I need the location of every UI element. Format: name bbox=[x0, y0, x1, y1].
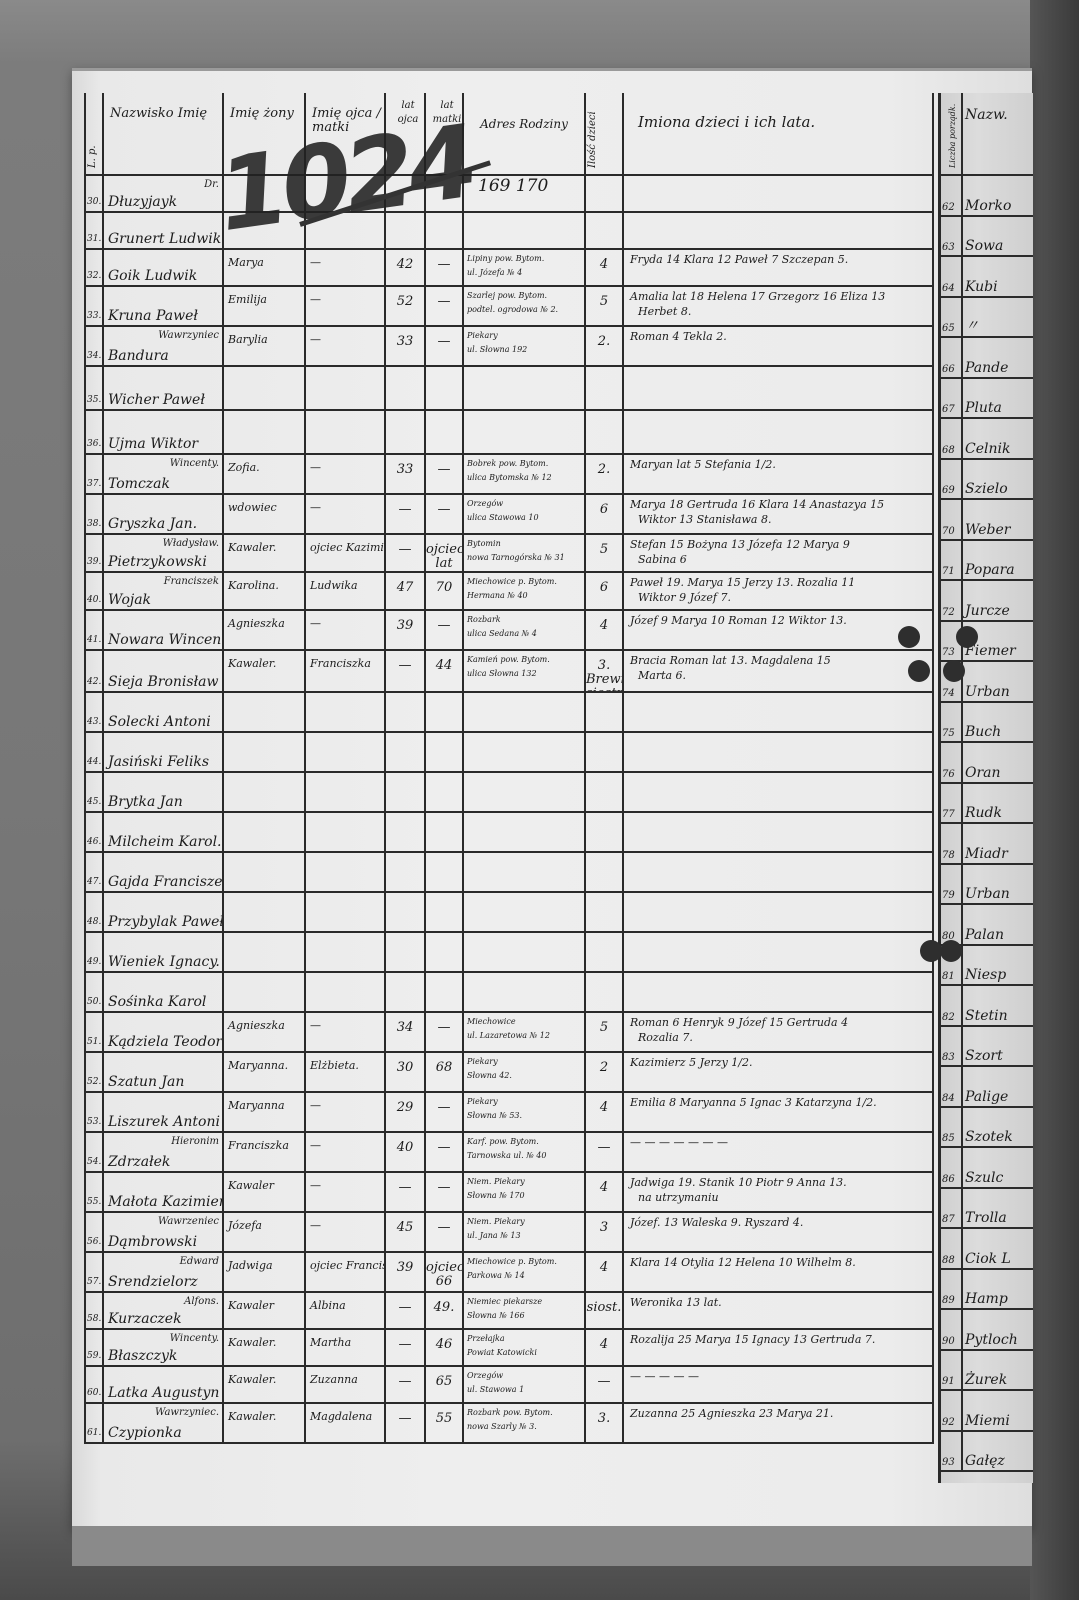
age-cell: 52 bbox=[386, 287, 426, 325]
wife-name: Franciszka bbox=[228, 1139, 302, 1153]
mother-age-cell: ojciec 66 bbox=[426, 1253, 464, 1291]
row-number: 44. bbox=[87, 755, 101, 769]
mother-age-cell: — bbox=[426, 1133, 464, 1171]
punch-hole bbox=[898, 626, 920, 648]
father-name: — bbox=[310, 617, 382, 631]
mother-age-cell: — bbox=[426, 611, 464, 649]
adjacent-surname-cell: Pytloch bbox=[963, 1310, 1033, 1349]
adjacent-row-number: 87 bbox=[942, 1214, 955, 1225]
children-count: 4 bbox=[586, 1338, 622, 1352]
wife-cell: Kawaler. bbox=[224, 1330, 306, 1365]
table-row: 31.Grunert Ludwik bbox=[84, 213, 934, 250]
address-line-2: ul. Stawowa 1 bbox=[467, 1383, 524, 1397]
row-number-cell: 39. bbox=[84, 535, 104, 571]
adjacent-surname: Weber bbox=[965, 522, 1010, 538]
table-row: 42.Sieja BronisławKawaler.Franciszka—44K… bbox=[84, 651, 934, 693]
wife-name: Barylia bbox=[228, 333, 302, 347]
children-count: 3 bbox=[586, 1221, 622, 1235]
adjacent-surname: Rudk bbox=[965, 805, 1002, 821]
adjacent-surname-cell: Miemi bbox=[963, 1391, 1033, 1430]
children-count-cell: 4 bbox=[586, 611, 624, 649]
row-number-cell: 36. bbox=[84, 411, 104, 453]
adjacent-surname-cell: Urban bbox=[963, 662, 1033, 701]
adjacent-surname: Morko bbox=[965, 198, 1011, 214]
given-name: Hieronim bbox=[171, 1135, 219, 1149]
surname: Bandura bbox=[108, 349, 169, 363]
adjacent-row-number: 84 bbox=[942, 1093, 955, 1104]
adjacent-header-number-label: Liczba porządk. bbox=[948, 104, 957, 168]
adjacent-surname: 〃 bbox=[965, 315, 979, 335]
address-cell: Bobrek pow. Bytom.ulica Bytomska № 12 bbox=[464, 455, 586, 493]
father-cell: — bbox=[306, 1133, 386, 1171]
row-number: 46. bbox=[87, 835, 101, 849]
header-wife-label: Imię żony bbox=[230, 107, 294, 121]
father-cell: Franciszka bbox=[306, 651, 386, 691]
name-cell: Gryszka Jan. bbox=[104, 495, 224, 533]
row-number-cell: 50. bbox=[84, 973, 104, 1011]
mother-age-value: — bbox=[426, 503, 462, 517]
given-name: Wincenty. bbox=[170, 457, 219, 471]
adjacent-row: 79Urban bbox=[941, 865, 1033, 906]
table-row: 43.Solecki Antoni bbox=[84, 693, 934, 733]
address-line-2: Tarnowska ul. № 40 bbox=[467, 1149, 546, 1163]
adjacent-row: 88Ciok L bbox=[941, 1229, 1033, 1270]
wife-cell: Zofia. bbox=[224, 455, 306, 493]
row-number-cell: 42. bbox=[84, 651, 104, 691]
children-cell: Bracia Roman lat 13. Magdalena 15Marta 6… bbox=[624, 651, 934, 691]
address-line-1: Miechowice p. Bytom. bbox=[467, 575, 557, 589]
address-line-2: nowa Szarly № 3. bbox=[467, 1420, 537, 1434]
row-number: 51. bbox=[87, 1035, 101, 1049]
father-cell: — bbox=[306, 611, 386, 649]
age-cell: 34 bbox=[386, 1013, 426, 1051]
father-name: — bbox=[310, 501, 382, 515]
address-line-1: Szarlej pow. Bytom. bbox=[467, 289, 547, 303]
children-cell: Paweł 19. Marya 15 Jerzy 13. Rozalia 11W… bbox=[624, 573, 934, 609]
given-name: Wincenty. bbox=[170, 1332, 219, 1346]
children-cell bbox=[624, 973, 934, 1011]
table-row: 35.Wicher Paweł bbox=[84, 367, 934, 411]
surname: Błaszczyk bbox=[108, 1349, 177, 1363]
adjacent-surname-cell: Pande bbox=[963, 338, 1033, 377]
address-line-1: Orzegów bbox=[467, 497, 503, 511]
adjacent-row-number: 62 bbox=[942, 202, 955, 213]
age-cell: 40 bbox=[386, 1133, 426, 1171]
father-cell bbox=[306, 411, 386, 453]
wife-cell bbox=[224, 893, 306, 931]
name-cell: Władysław.Pietrzykowski bbox=[104, 535, 224, 571]
surname: Sośinka Karol bbox=[108, 995, 206, 1009]
age-cell: — bbox=[386, 1173, 426, 1211]
wife-name: Agnieszka bbox=[228, 617, 302, 631]
father-cell bbox=[306, 367, 386, 409]
address-line-2: nowa Tarnogórska № 31 bbox=[467, 551, 565, 565]
age-cell: 42 bbox=[386, 250, 426, 285]
adjacent-row-number-cell: 88 bbox=[941, 1229, 963, 1268]
row-number: 34. bbox=[87, 349, 101, 363]
adjacent-surname-cell: Palan bbox=[963, 905, 1033, 944]
adjacent-row: 93Gałęz bbox=[941, 1432, 1033, 1473]
children-count-cell: — bbox=[586, 1367, 624, 1402]
father-cell bbox=[306, 933, 386, 971]
name-cell: Gajda Franciszek bbox=[104, 853, 224, 891]
table-header: L. p. Nazwisko Imię Imię żony Imię ojca … bbox=[84, 93, 934, 176]
children-line-1: Weronika 13 lat. bbox=[630, 1296, 722, 1310]
adjacent-row-number: 76 bbox=[942, 769, 955, 780]
children-line-2: Wiktor 13 Stanisława 8. bbox=[638, 513, 771, 527]
adjacent-surname: Urban bbox=[965, 886, 1010, 902]
surname: Dąmbrowski bbox=[108, 1235, 197, 1249]
surname: Wieniek Ignacy. bbox=[108, 955, 220, 969]
given-name: Wawrzyniec. bbox=[155, 1406, 219, 1420]
address-cell: Rozbark pow. Bytom.nowa Szarly № 3. bbox=[464, 1404, 586, 1442]
table-row: 47.Gajda Franciszek bbox=[84, 853, 934, 893]
punch-hole bbox=[920, 940, 942, 962]
adjacent-surname: Popara bbox=[965, 562, 1015, 578]
adjacent-surname-cell: Niesp bbox=[963, 946, 1033, 985]
surname: Milcheim Karol. bbox=[108, 835, 222, 849]
children-count-cell: 4 bbox=[586, 1093, 624, 1131]
adjacent-surname-cell: Palige bbox=[963, 1067, 1033, 1106]
children-cell bbox=[624, 853, 934, 891]
mother-age-value: — bbox=[426, 619, 462, 633]
children-cell bbox=[624, 813, 934, 851]
adjacent-row: 77Rudk bbox=[941, 784, 1033, 825]
age-cell: 39 bbox=[386, 611, 426, 649]
adjacent-row-number-cell: 89 bbox=[941, 1270, 963, 1309]
adjacent-row: 92Miemi bbox=[941, 1391, 1033, 1432]
address-line-2: podtel. ogrodowa № 2. bbox=[467, 303, 558, 317]
adjacent-row: 85Szotek bbox=[941, 1108, 1033, 1149]
adjacent-row-number-cell: 85 bbox=[941, 1108, 963, 1147]
table-row: 58.Alfons.KurzaczekKawalerAlbina—49.Niem… bbox=[84, 1293, 934, 1330]
father-cell bbox=[306, 693, 386, 731]
children-count: 3. Brewie siostry bbox=[586, 659, 622, 691]
row-number-cell: 61. bbox=[84, 1404, 104, 1442]
adjacent-surname-cell: Sowa bbox=[963, 217, 1033, 256]
row-number: 55. bbox=[87, 1195, 101, 1209]
wife-name: Józefa bbox=[228, 1219, 302, 1233]
address-cell bbox=[464, 411, 586, 453]
adjacent-surname-cell: Szotek bbox=[963, 1108, 1033, 1147]
wife-cell: Kawaler. bbox=[224, 535, 306, 571]
mother-age-value: 46 bbox=[426, 1338, 462, 1352]
father-cell: Zuzanna bbox=[306, 1367, 386, 1402]
wife-cell bbox=[224, 733, 306, 771]
address-line-2: ulica Słowna 132 bbox=[467, 667, 537, 681]
address-line-1: Karf. pow. Bytom. bbox=[467, 1135, 539, 1149]
surname: Wojak bbox=[108, 593, 151, 607]
children-count: 5 bbox=[586, 295, 622, 309]
adjacent-surname-cell: Urban bbox=[963, 865, 1033, 904]
address-line-2: ul. Lazaretowa № 12 bbox=[467, 1029, 550, 1043]
wife-name: Jadwiga bbox=[228, 1259, 302, 1273]
table-row: 59.Wincenty.BłaszczykKawaler.Martha—46Pr… bbox=[84, 1330, 934, 1367]
address-line-2: Parkowa № 14 bbox=[467, 1269, 525, 1283]
mother-age-value: — bbox=[426, 295, 462, 309]
punch-hole bbox=[956, 626, 978, 648]
father-cell: — bbox=[306, 287, 386, 325]
table-row: 32.Goik LudwikMarya—42—Lipiny pow. Bytom… bbox=[84, 250, 934, 287]
adjacent-row: 80Palan bbox=[941, 905, 1033, 946]
mother-age-cell bbox=[426, 773, 464, 811]
children-count-cell: 4 bbox=[586, 1173, 624, 1211]
wife-name: wdowiec bbox=[228, 501, 302, 515]
children-count: 4 bbox=[586, 619, 622, 633]
children-count-cell bbox=[586, 973, 624, 1011]
register-table: L. p. Nazwisko Imię Imię żony Imię ojca … bbox=[84, 93, 934, 1444]
address-cell: Niem. PiekarySłowna № 170 bbox=[464, 1173, 586, 1211]
wife-name: Kawaler. bbox=[228, 1373, 302, 1387]
table-body: 30.Dr.Dłuzyjayk31.Grunert Ludwik32.Goik … bbox=[84, 176, 934, 1444]
adjacent-row-number: 81 bbox=[942, 971, 955, 982]
adjacent-surname-cell: Buch bbox=[963, 703, 1033, 742]
children-cell: Kazimierz 5 Jerzy 1/2. bbox=[624, 1053, 934, 1091]
adjacent-row: 70Weber bbox=[941, 500, 1033, 541]
adjacent-page: Liczba porządk. Nazw. 62Morko63Sowa64Kub… bbox=[938, 93, 1033, 1483]
adjacent-surname-cell: Weber bbox=[963, 500, 1033, 539]
children-count-cell: — bbox=[586, 1133, 624, 1171]
father-cell bbox=[306, 773, 386, 811]
adjacent-row-number: 85 bbox=[942, 1133, 955, 1144]
mother-age-cell bbox=[426, 411, 464, 453]
name-cell: Sieja Bronisław bbox=[104, 651, 224, 691]
wife-cell bbox=[224, 933, 306, 971]
children-line-2: Herbet 8. bbox=[638, 305, 691, 319]
children-line-1: Maryan lat 5 Stefania 1/2. bbox=[630, 458, 776, 472]
children-count-cell bbox=[586, 411, 624, 453]
children-count: 6 bbox=[586, 581, 622, 595]
row-number-cell: 49. bbox=[84, 933, 104, 971]
row-number-cell: 52. bbox=[84, 1053, 104, 1091]
children-count-cell: 5 bbox=[586, 1013, 624, 1051]
adjacent-row: 72Jurcze bbox=[941, 581, 1033, 622]
wife-cell: Maryanna bbox=[224, 1093, 306, 1131]
address-line-2: ulica Sedana № 4 bbox=[467, 627, 537, 641]
mother-age-cell: — bbox=[426, 287, 464, 325]
adjacent-row: 91Żurek bbox=[941, 1351, 1033, 1392]
adjacent-row-number-cell: 90 bbox=[941, 1310, 963, 1349]
row-number: 53. bbox=[87, 1115, 101, 1129]
address-line-1: Miechowice p. Bytom. bbox=[467, 1255, 557, 1269]
children-cell: — — — — — — — bbox=[624, 1133, 934, 1171]
adjacent-row: 89Hamp bbox=[941, 1270, 1033, 1311]
mother-age-cell bbox=[426, 693, 464, 731]
row-number: 30. bbox=[87, 195, 101, 209]
adjacent-row: 66Pande bbox=[941, 338, 1033, 379]
name-cell: Wincenty.Błaszczyk bbox=[104, 1330, 224, 1365]
address-cell bbox=[464, 773, 586, 811]
wife-name: Zofia. bbox=[228, 461, 302, 475]
adjacent-row-number-cell: 67 bbox=[941, 379, 963, 418]
address-cell: Karf. pow. Bytom.Tarnowska ul. № 40 bbox=[464, 1133, 586, 1171]
surname: Jasiński Feliks bbox=[108, 755, 209, 769]
children-line-2: Marta 6. bbox=[638, 669, 686, 683]
row-number-cell: 60. bbox=[84, 1367, 104, 1402]
name-cell: Wieniek Ignacy. bbox=[104, 933, 224, 971]
adjacent-row-number: 68 bbox=[942, 445, 955, 456]
wife-cell bbox=[224, 411, 306, 453]
address-line-1: Rozbark bbox=[467, 613, 501, 627]
mother-age-cell bbox=[426, 893, 464, 931]
row-number: 45. bbox=[87, 795, 101, 809]
address-line-2: Słowna № 166 bbox=[467, 1309, 525, 1323]
adjacent-row-number: 65 bbox=[942, 323, 955, 334]
children-count: 2 bbox=[586, 1061, 622, 1075]
wife-cell: Karolina. bbox=[224, 573, 306, 609]
name-cell: Milcheim Karol. bbox=[104, 813, 224, 851]
mother-age-value: 44 bbox=[426, 659, 462, 673]
table-row: 51.Kądziela Teodor.Agnieszka—34—Miechowi… bbox=[84, 1013, 934, 1053]
row-number: 41. bbox=[87, 633, 101, 647]
adjacent-surname: Żurek bbox=[965, 1372, 1007, 1388]
adjacent-surname: Miadr bbox=[965, 846, 1008, 862]
adjacent-surname: Hamp bbox=[965, 1291, 1008, 1307]
surname: Zdrzałek bbox=[108, 1155, 170, 1169]
children-count-cell: 5 bbox=[586, 287, 624, 325]
adjacent-surname: Ciok L bbox=[965, 1251, 1011, 1267]
adjacent-row-number: 79 bbox=[942, 890, 955, 901]
adjacent-row-number-cell: 78 bbox=[941, 824, 963, 863]
adjacent-surname: Buch bbox=[965, 724, 1001, 740]
wife-cell: Agnieszka bbox=[224, 611, 306, 649]
children-count-cell: 4 bbox=[586, 1330, 624, 1365]
row-number-cell: 30. bbox=[84, 176, 104, 211]
table-row: 60.Latka AugustynKawaler.Zuzanna—65Orzeg… bbox=[84, 1367, 934, 1404]
age-value: — bbox=[386, 1181, 424, 1195]
father-cell bbox=[306, 733, 386, 771]
address-cell bbox=[464, 973, 586, 1011]
wife-cell: Kawaler bbox=[224, 1293, 306, 1328]
mother-age-value: — bbox=[426, 1101, 462, 1115]
adjacent-page-header: Liczba porządk. Nazw. bbox=[941, 93, 1033, 176]
address-line-1: Lipiny pow. Bytom. bbox=[467, 252, 544, 266]
children-count-cell bbox=[586, 733, 624, 771]
address-cell: Niemiec piekarszeSłowna № 166 bbox=[464, 1293, 586, 1328]
father-cell: — bbox=[306, 1093, 386, 1131]
wife-cell: Kawaler. bbox=[224, 1367, 306, 1402]
adjacent-row-number: 91 bbox=[942, 1376, 955, 1387]
mother-age-cell: ojciec lat 51 bbox=[426, 535, 464, 571]
table-row: 57.EdwardSrendzielorzJadwigaojciec Franc… bbox=[84, 1253, 934, 1293]
name-cell: Sośinka Karol bbox=[104, 973, 224, 1011]
punch-hole bbox=[908, 660, 930, 682]
children-line-2: Rozalia 7. bbox=[638, 1031, 693, 1045]
adjacent-row: 82Stetin bbox=[941, 986, 1033, 1027]
age-cell: 33 bbox=[386, 455, 426, 493]
children-count-cell: 3. Brewie siostry bbox=[586, 651, 624, 691]
table-row: 34.WawrzyniecBanduraBarylia—33—Piekaryul… bbox=[84, 327, 934, 367]
children-count-cell bbox=[586, 367, 624, 409]
mother-age-value: — bbox=[426, 1021, 462, 1035]
adjacent-row-number: 77 bbox=[942, 809, 955, 820]
address-line-2: Słowna № 170 bbox=[467, 1189, 525, 1203]
table-row: 44.Jasiński Feliks bbox=[84, 733, 934, 773]
father-name: — bbox=[310, 293, 382, 307]
age-value: 39 bbox=[386, 1261, 424, 1275]
address-line-2: Powiat Katowicki bbox=[467, 1346, 537, 1360]
age-cell bbox=[386, 973, 426, 1011]
wife-cell: Jadwiga bbox=[224, 1253, 306, 1291]
adjacent-row-number: 72 bbox=[942, 607, 955, 618]
address-line-2: ulica Stawowa 10 bbox=[467, 511, 539, 525]
address-cell: Szarlej pow. Bytom.podtel. ogrodowa № 2. bbox=[464, 287, 586, 325]
father-name: ojciec Franciszek bbox=[310, 1259, 382, 1273]
row-number: 57. bbox=[87, 1275, 101, 1289]
adjacent-row-number: 69 bbox=[942, 485, 955, 496]
mother-age-value: — bbox=[426, 1181, 462, 1195]
age-cell bbox=[386, 893, 426, 931]
surname: Pietrzykowski bbox=[108, 555, 207, 569]
row-number: 43. bbox=[87, 715, 101, 729]
adjacent-surname: Urban bbox=[965, 684, 1010, 700]
table-row: 36.Ujma Wiktor bbox=[84, 411, 934, 455]
children-count-cell: 6 bbox=[586, 573, 624, 609]
age-cell: 33 bbox=[386, 327, 426, 365]
children-count: 4 bbox=[586, 1181, 622, 1195]
wife-name: Kawaler bbox=[228, 1299, 302, 1313]
adjacent-row-number-cell: 77 bbox=[941, 784, 963, 823]
row-number: 38. bbox=[87, 517, 101, 531]
age-value: — bbox=[386, 1338, 424, 1352]
adjacent-surname-cell: Żurek bbox=[963, 1351, 1033, 1390]
adjacent-row-number: 67 bbox=[942, 404, 955, 415]
address-line-1: Piekary bbox=[467, 1095, 498, 1109]
mother-age-cell: — bbox=[426, 1013, 464, 1051]
children-cell bbox=[624, 893, 934, 931]
table-row: 39.Władysław.PietrzykowskiKawaler.ojciec… bbox=[84, 535, 934, 573]
adjacent-row: 73Fiemer bbox=[941, 622, 1033, 663]
children-count: 3. bbox=[586, 1412, 622, 1426]
age-value: — bbox=[386, 503, 424, 517]
given-name: Wawrzyniec bbox=[158, 329, 219, 343]
row-number-cell: 38. bbox=[84, 495, 104, 533]
name-cell: Goik Ludwik bbox=[104, 250, 224, 285]
age-cell: 47 bbox=[386, 573, 426, 609]
adjacent-surname-cell: Popara bbox=[963, 541, 1033, 580]
table-row: 49.Wieniek Ignacy. bbox=[84, 933, 934, 973]
father-name: Magdalena bbox=[310, 1410, 382, 1424]
children-count-cell: 5 bbox=[586, 535, 624, 571]
adjacent-row-number: 88 bbox=[942, 1255, 955, 1266]
adjacent-row: 87Trolla bbox=[941, 1189, 1033, 1230]
adjacent-surname: Pande bbox=[965, 360, 1008, 376]
address-line-1: Rozbark pow. Bytom. bbox=[467, 1406, 553, 1420]
children-count-cell: 3 bbox=[586, 1213, 624, 1251]
mother-age-cell: — bbox=[426, 495, 464, 533]
adjacent-row: 68Celnik bbox=[941, 419, 1033, 460]
children-count-cell bbox=[586, 773, 624, 811]
adjacent-surname: Szotek bbox=[965, 1129, 1013, 1145]
name-cell: Nowara Wincenty bbox=[104, 611, 224, 649]
row-number-cell: 35. bbox=[84, 367, 104, 409]
wife-name: Kawaler. bbox=[228, 1410, 302, 1424]
address-line-1: Niemiec piekarsze bbox=[467, 1295, 542, 1309]
children-cell: Rozalija 25 Marya 15 Ignacy 13 Gertruda … bbox=[624, 1330, 934, 1365]
wife-cell: Józefa bbox=[224, 1213, 306, 1251]
address-line-1: Bytomin bbox=[467, 537, 501, 551]
address-cell bbox=[464, 893, 586, 931]
age-cell bbox=[386, 411, 426, 453]
children-line-1: Józef. 13 Waleska 9. Ryszard 4. bbox=[630, 1216, 803, 1230]
header-children-count-label: Ilość dzieci bbox=[586, 111, 600, 168]
adjacent-row: 83Szort bbox=[941, 1027, 1033, 1068]
address-cell bbox=[464, 813, 586, 851]
children-line-1: Stefan 15 Bożyna 13 Józefa 12 Marya 9 bbox=[630, 538, 850, 552]
age-cell: — bbox=[386, 1330, 426, 1365]
name-cell: Małota Kazimierz bbox=[104, 1173, 224, 1211]
children-line-1: Józef 9 Marya 10 Roman 12 Wiktor 13. bbox=[630, 614, 847, 628]
